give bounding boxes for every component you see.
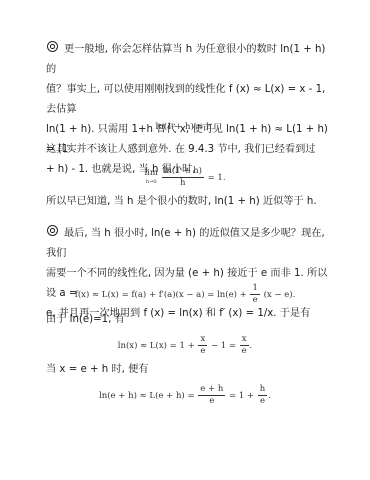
p4-line-1: 最后, 当 h 很小时, ln(e + h) 的近似值又是多少呢？现在, 我们: [46, 224, 330, 264]
p5-line-1: 由于 ln(e)=1, 有: [46, 310, 330, 330]
middle: − 1 =: [211, 341, 236, 351]
denominator: e: [240, 346, 249, 357]
lhs: f(x) ≈ L(x) = f(a) + f′(a)(x − a) = ln(e…: [75, 290, 247, 300]
lhs: ln(x) ≈ L(x) = 1 +: [118, 341, 195, 351]
fraction: ln(1 + h) h: [162, 166, 204, 189]
denominator: h: [162, 178, 204, 189]
fraction-1: e + h e: [198, 384, 225, 407]
lim-text: lim: [144, 168, 158, 178]
p4-line-1-text: 最后, 当 h 很小时, ln(e + h) 的近似值又是多少呢？现在, 我们: [46, 228, 325, 259]
lim-subscript: h→0: [144, 178, 158, 187]
fraction-1: x e: [198, 334, 207, 357]
equation-1: ln(1 + h) ≈ h.: [0, 122, 370, 132]
period: .: [250, 341, 253, 351]
equation-5: ln(e + h) ≈ L(e + h) = e + h e = 1 + h e…: [0, 384, 370, 407]
fraction-2: h e: [258, 384, 267, 407]
denominator: e: [198, 396, 225, 407]
middle: = 1 +: [229, 391, 254, 401]
numerator: 1: [250, 283, 259, 295]
paragraph-4: 最后, 当 h 很小时, ln(e + h) 的近似值又是多少呢？现在, 我们 …: [46, 224, 330, 324]
paragraph-6: 当 x = e + h 时, 便有: [46, 360, 330, 380]
p1-line-2: 值？事实上, 可以使用刚刚找到的线性化 f (x) ≈ L(x) = x - 1…: [46, 80, 330, 120]
document-page: 更一般地, 你会怎样估算当 h 为任意很小的数时 ln(1 + h) 的 值？事…: [0, 0, 370, 480]
fraction: 1 e: [250, 283, 259, 306]
equation-2: lim h→0 ln(1 + h) h = 1.: [0, 166, 370, 189]
equation-4: ln(x) ≈ L(x) = 1 + x e − 1 = x e .: [0, 334, 370, 357]
paragraph-5: 由于 ln(e)=1, 有: [46, 310, 330, 330]
period: .: [268, 391, 271, 401]
denominator: e: [250, 295, 259, 306]
p3-line-1: 所以早已知道, 当 h 是个很小的数时, ln(1 + h) 近似等于 h.: [46, 192, 330, 212]
denominator: e: [198, 346, 207, 357]
p6-line-1: 当 x = e + h 时, 便有: [46, 360, 330, 380]
p1-line-1: 更一般地, 你会怎样估算当 h 为任意很小的数时 ln(1 + h) 的: [46, 40, 330, 80]
numerator: e + h: [198, 384, 225, 396]
equation-3: f(x) ≈ L(x) = f(a) + f′(a)(x − a) = ln(e…: [0, 283, 370, 306]
p1-line-1-text: 更一般地, 你会怎样估算当 h 为任意很小的数时 ln(1 + h) 的: [46, 44, 325, 75]
numerator: x: [198, 334, 207, 346]
p2-line-1: 这其实并不该让人感到意外. 在 9.4.3 节中, 我们已经看到过: [46, 140, 330, 160]
lhs: ln(e + h) ≈ L(e + h) =: [99, 391, 195, 401]
rhs: (x − e).: [264, 290, 296, 300]
paragraph-2: 这其实并不该让人感到意外. 在 9.4.3 节中, 我们已经看到过: [46, 140, 330, 160]
denominator: e: [258, 396, 267, 407]
numerator: h: [258, 384, 267, 396]
numerator: x: [240, 334, 249, 346]
rhs: = 1.: [208, 173, 226, 183]
numerator: ln(1 + h): [162, 166, 204, 178]
paragraph-3: 所以早已知道, 当 h 是个很小的数时, ln(1 + h) 近似等于 h.: [46, 192, 330, 212]
fraction-2: x e: [240, 334, 249, 357]
limit-operator: lim h→0: [144, 169, 158, 187]
